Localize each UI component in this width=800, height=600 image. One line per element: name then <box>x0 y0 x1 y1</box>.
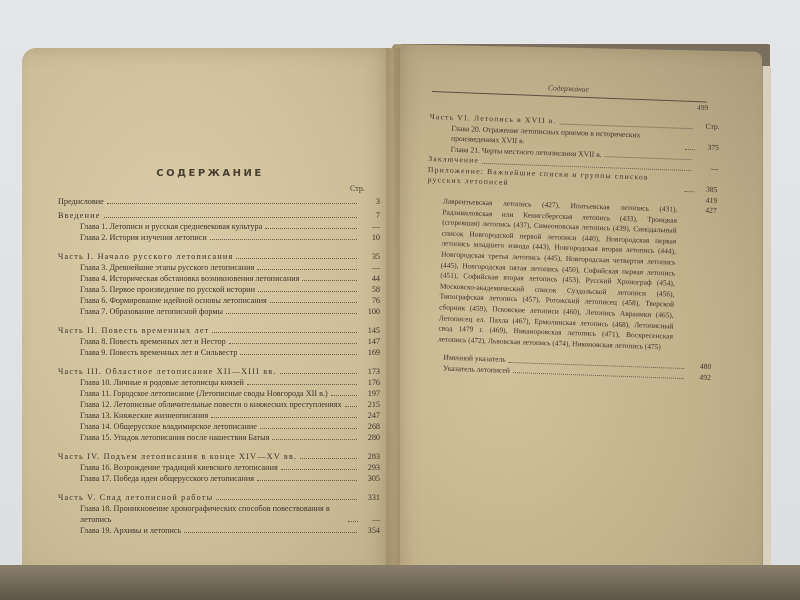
page-title: СОДЕРЖАНИЕ <box>40 168 380 179</box>
toc-entry: Глава 18. Проникновение хронографических… <box>58 503 380 525</box>
toc-entry: Глава 15. Упадок летописания после нашес… <box>58 432 380 443</box>
toc-entry: Глава 8. Повесть временных лет и Нестор1… <box>58 336 380 347</box>
toc-entry: Глава 7. Образование летописной формы100 <box>58 306 380 317</box>
toc-list-left: Предисловие3 Введение7 Глава 1. Летописи… <box>58 196 380 536</box>
toc-entry: Введение7 <box>58 210 380 221</box>
toc-entry: Глава 12. Летописные обличительные повес… <box>58 399 380 410</box>
page-edge <box>762 66 771 586</box>
toc-entry: Глава 16. Возрождение традиций киевского… <box>58 462 380 473</box>
toc-entry: Глава 3. Древнейшие этапы русского летоп… <box>58 262 380 273</box>
toc-entry: Глава 2. История изучения летописи10 <box>58 232 380 243</box>
toc-list-right: Часть VI. Летопись в XVII в.Стр. Глава 2… <box>421 112 720 383</box>
toc-entry: Глава 4. Историческая обстановка возникн… <box>58 273 380 284</box>
toc-part: Часть II. Повесть временных лет145 <box>58 325 380 336</box>
toc-entry: Глава 17. Победа идеи общерусского летоп… <box>58 473 380 484</box>
toc-part: Часть III. Областное летописание XII—XII… <box>58 366 380 377</box>
toc-part: Часть V. Спад летописной работы331 <box>58 492 380 503</box>
toc-entry: Глава 10. Личные и родовые летописцы кня… <box>58 377 380 388</box>
appendix-list: Лаврентьевская летопись (427), Ипатьевск… <box>422 196 717 354</box>
book-gutter <box>386 48 400 588</box>
toc-entry: Глава 19. Архивы и летопись354 <box>58 525 380 536</box>
toc-part: Часть IV. Подъем летописания в конце XIV… <box>58 451 380 462</box>
toc-entry: Глава 11. Городское летописание (Летопис… <box>58 388 380 399</box>
toc-part: Часть I. Начало русского летописания35 <box>58 251 380 262</box>
toc-entry: Предисловие3 <box>58 196 380 207</box>
page-number: 499 <box>697 103 708 112</box>
appendix-blurb: Лаврентьевская летопись (427), Ипатьевск… <box>422 196 678 353</box>
page-column-label: Стр. <box>350 184 365 193</box>
toc-entry: Глава 14. Общерусское владимирское летоп… <box>58 421 380 432</box>
toc-entry: Глава 1. Летописи и русская средневекова… <box>58 221 380 232</box>
table-surface <box>0 565 800 600</box>
toc-entry: Глава 13. Княжеские жизнеописания247 <box>58 410 380 421</box>
toc-entry: Глава 6. Формирование идейной основы лет… <box>58 295 380 306</box>
toc-entry: Глава 9. Повесть временных лет и Сильвес… <box>58 347 380 358</box>
running-head: Содержание <box>548 83 589 93</box>
toc-entry: Глава 5. Первое произведение по русской … <box>58 284 380 295</box>
